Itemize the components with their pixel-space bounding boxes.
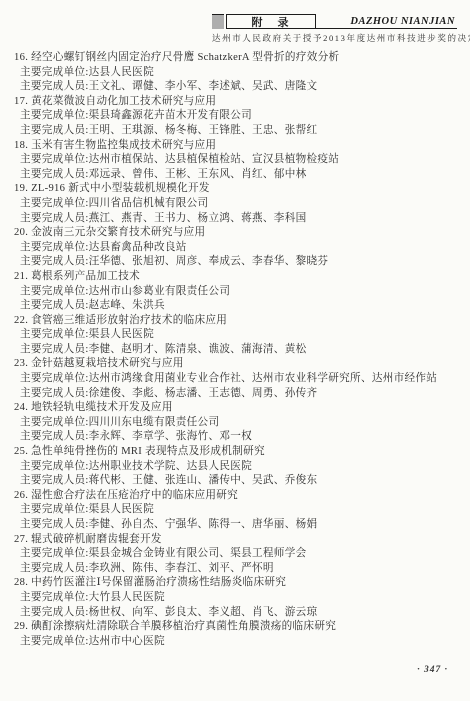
entry-units-label: 主要完成单位: (20, 154, 89, 165)
entry-title-value: 玉米有害生物监控集成技术研究与应用 (31, 140, 216, 151)
entry-people: 主要完成人员:李永辉、李章学、张海竹、邓一权 (14, 430, 460, 445)
entry-title-label: 20. (14, 227, 31, 238)
entry-title-value: 经空心螺钉钢丝内固定治疗尺骨鹰 SchatzkerA 型骨折的疗效分析 (31, 52, 339, 63)
entry-title-value: 碘酊涂擦病灶清除联合羊膜移植治疗真菌性角膜溃疡的临床研究 (31, 621, 336, 632)
entry-units-value: 达州市中心医院 (89, 636, 165, 647)
entry-title-label: 24. (14, 402, 31, 413)
award-entry: 24. 地铁轻轨电缆技术开发及应用主要完成单位:四川川东电缆有限责任公司主要完成… (14, 401, 460, 445)
entry-people-label: 主要完成人员: (20, 213, 89, 224)
entry-title-label: 17. (14, 96, 31, 107)
entry-people-value: 蒋代彬、王健、张连山、潘传中、吴武、乔俊东 (89, 475, 318, 486)
award-entry: 25. 急性单纯骨挫伤的 MRI 表现特点及形成机制研究主要完成单位:达州职业技… (14, 445, 460, 489)
entry-title: 24. 地铁轻轨电缆技术开发及应用 (14, 401, 460, 416)
section-label-box: 附 录 (226, 14, 316, 29)
entry-title-label: 19. (14, 183, 31, 194)
entry-title-label: 27. (14, 534, 31, 545)
entry-title-value: 辊式破碎机耐磨齿辊套开发 (31, 534, 162, 545)
entry-people-label: 主要完成人员: (20, 256, 89, 267)
entry-units: 主要完成单位:大竹县人民医院 (14, 591, 460, 606)
entry-units: 主要完成单位:达州市鸿缘食用菌业专业合作社、达州市农业科学研究所、达州市经作站 (14, 372, 460, 387)
entry-title-value: 中药竹医灌注Ⅰ号保留灌肠治疗溃疡性结肠炎临床研究 (31, 577, 286, 588)
award-entry: 28. 中药竹医灌注Ⅰ号保留灌肠治疗溃疡性结肠炎临床研究主要完成单位:大竹县人民… (14, 576, 460, 620)
entry-title-value: 金针菇越夏栽培技术研究与应用 (31, 358, 184, 369)
entry-title-label: 23. (14, 358, 31, 369)
entry-people-value: 燕江、燕青、王书力、杨立鸿、蒋燕、李科国 (89, 213, 307, 224)
entry-title-value: 地铁轻轨电缆技术开发及应用 (31, 402, 173, 413)
page-number: · 347 · (417, 665, 448, 675)
entry-title-value: 食管癌三维适形放射治疗技术的临床应用 (31, 315, 227, 326)
entry-people: 主要完成人员:李玖洲、陈伟、李春江、刘平、严怀明 (14, 562, 460, 577)
entry-units-label: 主要完成单位: (20, 373, 89, 384)
entry-units-value: 渠县人民医院 (89, 329, 154, 340)
entry-title-value: 急性单纯骨挫伤的 MRI 表现特点及形成机制研究 (31, 446, 265, 457)
entry-units-value: 达州市山参葛业有限责任公司 (89, 286, 231, 297)
entry-people: 主要完成人员:杨世权、向军、彭良太、李义超、肖飞、游云琼 (14, 606, 460, 621)
entry-title: 16. 经空心螺钉钢丝内固定治疗尺骨鹰 SchatzkerA 型骨折的疗效分析 (14, 51, 460, 66)
entry-units-label: 主要完成单位: (20, 548, 89, 559)
entry-people-value: 王文礼、谭健、李小军、李述斌、吴武、唐隆文 (89, 81, 318, 92)
yearbook-page: 附 录 DAZHOU NIANJIAN 达州市人民政府关于授予2013年度达州市… (0, 0, 470, 701)
entry-title: 22. 食管癌三维适形放射治疗技术的临床应用 (14, 314, 460, 329)
entry-units: 主要完成单位:达州市山参葛业有限责任公司 (14, 285, 460, 300)
entry-people-label: 主要完成人员: (20, 344, 89, 355)
entry-units-value: 渠县琦鑫源花卉苗木开发有限公司 (89, 110, 252, 121)
award-entry: 29. 碘酊涂擦病灶清除联合羊膜移植治疗真菌性角膜溃疡的临床研究主要完成单位:达… (14, 620, 460, 649)
entry-units: 主要完成单位:渠县人民医院 (14, 503, 460, 518)
award-list: 16. 经空心螺钉钢丝内固定治疗尺骨鹰 SchatzkerA 型骨折的疗效分析主… (14, 51, 460, 649)
entry-title-label: 22. (14, 315, 31, 326)
entry-units-label: 主要完成单位: (20, 198, 89, 209)
entry-units: 主要完成单位:达州职业技术学院、达县人民医院 (14, 460, 460, 475)
entry-title-label: 26. (14, 490, 31, 501)
entry-people-value: 汪华德、张旭初、周彦、奉成云、李春华、黎晓芬 (89, 256, 329, 267)
entry-units-label: 主要完成单位: (20, 110, 89, 121)
entry-people-value: 徐建俊、李彪、杨志潘、王志德、周勇、孙传齐 (89, 388, 318, 399)
entry-people: 主要完成人员:邓远录、曾伟、王彬、王东风、肖红、郁中林 (14, 168, 460, 183)
entry-title: 17. 黄花菜微波自动化加工技术研究与应用 (14, 95, 460, 110)
award-entry: 17. 黄花菜微波自动化加工技术研究与应用主要完成单位:渠县琦鑫源花卉苗木开发有… (14, 95, 460, 139)
entry-title-value: 金波南三元杂交繁育技术研究与应用 (31, 227, 205, 238)
entry-units-label: 主要完成单位: (20, 67, 89, 78)
entry-people: 主要完成人员:李健、孙自杰、宁强华、陈得一、唐华丽、杨娟 (14, 518, 460, 533)
entry-units-value: 达县畜禽品种改良站 (89, 242, 187, 253)
entry-units-label: 主要完成单位: (20, 592, 89, 603)
entry-title: 27. 辊式破碎机耐磨齿辊套开发 (14, 533, 460, 548)
entry-units-label: 主要完成单位: (20, 242, 89, 253)
entry-title: 23. 金针菇越夏栽培技术研究与应用 (14, 357, 460, 372)
award-entry: 20. 金波南三元杂交繁育技术研究与应用主要完成单位:达县畜禽品种改良站主要完成… (14, 226, 460, 270)
entry-title: 18. 玉米有害生物监控集成技术研究与应用 (14, 139, 460, 154)
entry-title: 29. 碘酊涂擦病灶清除联合羊膜移植治疗真菌性角膜溃疡的临床研究 (14, 620, 460, 635)
entry-title: 21. 葛根系列产品加工技术 (14, 270, 460, 285)
entry-people-label: 主要完成人员: (20, 81, 89, 92)
entry-people-value: 赵志峰、朱洪兵 (89, 300, 165, 311)
entry-people-value: 邓远录、曾伟、王彬、王东风、肖红、郁中林 (89, 169, 307, 180)
entry-people-label: 主要完成人员: (20, 475, 89, 486)
entry-units-value: 渠县金城合金铸业有限公司、渠县工程师学会 (89, 548, 307, 559)
entry-people-value: 李玖洲、陈伟、李春江、刘平、严怀明 (89, 563, 274, 574)
entry-people-label: 主要完成人员: (20, 431, 89, 442)
entry-units: 主要完成单位:四川省品信机械有限公司 (14, 197, 460, 212)
entry-units-label: 主要完成单位: (20, 504, 89, 515)
entry-units: 主要完成单位:达州市植保站、达县植保植检站、宣汉县植物检疫站 (14, 153, 460, 168)
journal-title: DAZHOU NIANJIAN (350, 16, 455, 27)
entry-title-value: 葛根系列产品加工技术 (31, 271, 140, 282)
entry-units: 主要完成单位:达州市中心医院 (14, 635, 460, 650)
entry-units-value: 四川川东电缆有限责任公司 (89, 417, 220, 428)
entry-title-label: 25. (14, 446, 31, 457)
entry-title: 28. 中药竹医灌注Ⅰ号保留灌肠治疗溃疡性结肠炎临床研究 (14, 576, 460, 591)
award-entry: 22. 食管癌三维适形放射治疗技术的临床应用主要完成单位:渠县人民医院主要完成人… (14, 314, 460, 358)
entry-people-label: 主要完成人员: (20, 519, 89, 530)
entry-title-value: ZL-916 新式中小型装载机规模化开发 (31, 183, 210, 194)
entry-people: 主要完成人员:燕江、燕青、王书力、杨立鸿、蒋燕、李科国 (14, 212, 460, 227)
entry-people: 主要完成人员:徐建俊、李彪、杨志潘、王志德、周勇、孙传齐 (14, 387, 460, 402)
header-rule-row: 附 录 DAZHOU NIANJIAN (212, 14, 457, 29)
entry-title-label: 28. (14, 577, 31, 588)
award-entry: 19. ZL-916 新式中小型装载机规模化开发主要完成单位:四川省品信机械有限… (14, 182, 460, 226)
entry-units-value: 四川省品信机械有限公司 (89, 198, 209, 209)
page-header: 附 录 DAZHOU NIANJIAN 达州市人民政府关于授予2013年度达州市… (212, 14, 457, 44)
entry-units-label: 主要完成单位: (20, 286, 89, 297)
entry-units-label: 主要完成单位: (20, 636, 89, 647)
entry-units: 主要完成单位:渠县人民医院 (14, 328, 460, 343)
entry-people-label: 主要完成人员: (20, 300, 89, 311)
entry-units: 主要完成单位:渠县金城合金铸业有限公司、渠县工程师学会 (14, 547, 460, 562)
award-entry: 21. 葛根系列产品加工技术主要完成单位:达州市山参葛业有限责任公司主要完成人员… (14, 270, 460, 314)
entry-units-value: 达县人民医院 (89, 67, 154, 78)
section-label: 附 录 (252, 14, 291, 30)
entry-people: 主要完成人员:汪华德、张旭初、周彦、奉成云、李春华、黎晓芬 (14, 255, 460, 270)
entry-units: 主要完成单位:达县人民医院 (14, 66, 460, 81)
entry-people-value: 杨世权、向军、彭良太、李义超、肖飞、游云琼 (89, 607, 318, 618)
entry-title: 19. ZL-916 新式中小型装载机规模化开发 (14, 182, 460, 197)
entry-units-value: 达州职业技术学院、达县人民医院 (89, 461, 252, 472)
award-entry: 18. 玉米有害生物监控集成技术研究与应用主要完成单位:达州市植保站、达县植保植… (14, 139, 460, 183)
award-entry: 26. 湿性愈合疗法在压疮治疗中的临床应用研究主要完成单位:渠县人民医院主要完成… (14, 489, 460, 533)
entry-title-label: 29. (14, 621, 31, 632)
entry-units-label: 主要完成单位: (20, 329, 89, 340)
entry-title-label: 16. (14, 52, 31, 63)
entry-people: 主要完成人员:王文礼、谭健、李小军、李述斌、吴武、唐隆文 (14, 80, 460, 95)
entry-title-value: 湿性愈合疗法在压疮治疗中的临床应用研究 (31, 490, 238, 501)
entry-units-value: 大竹县人民医院 (89, 592, 165, 603)
award-entry: 16. 经空心螺钉钢丝内固定治疗尺骨鹰 SchatzkerA 型骨折的疗效分析主… (14, 51, 460, 95)
entry-units-label: 主要完成单位: (20, 461, 89, 472)
entry-people-label: 主要完成人员: (20, 563, 89, 574)
entry-people-label: 主要完成人员: (20, 607, 89, 618)
entry-title-label: 18. (14, 140, 31, 151)
entry-units-value: 达州市鸿缘食用菌业专业合作社、达州市农业科学研究所、达州市经作站 (89, 373, 438, 384)
entry-people-value: 李永辉、李章学、张海竹、邓一权 (89, 431, 252, 442)
section-marker-square (212, 14, 224, 29)
entry-people: 主要完成人员:李健、赵明才、陈清泉、谯波、蒲海清、黄松 (14, 343, 460, 358)
award-entry: 23. 金针菇越夏栽培技术研究与应用主要完成单位:达州市鸿缘食用菌业专业合作社、… (14, 357, 460, 401)
entry-units-label: 主要完成单位: (20, 417, 89, 428)
entry-people-value: 李健、孙自杰、宁强华、陈得一、唐华丽、杨娟 (89, 519, 318, 530)
entry-title: 26. 湿性愈合疗法在压疮治疗中的临床应用研究 (14, 489, 460, 504)
entry-units: 主要完成单位:四川川东电缆有限责任公司 (14, 416, 460, 431)
entry-people-value: 李健、赵明才、陈清泉、谯波、蒲海清、黄松 (89, 344, 307, 355)
entry-title-label: 21. (14, 271, 31, 282)
chapter-subtitle: 达州市人民政府关于授予2013年度达州市科技进步奖的决定 (212, 32, 457, 44)
entry-people: 主要完成人员:赵志峰、朱洪兵 (14, 299, 460, 314)
entry-title: 25. 急性单纯骨挫伤的 MRI 表现特点及形成机制研究 (14, 445, 460, 460)
entry-title-value: 黄花菜微波自动化加工技术研究与应用 (31, 96, 216, 107)
award-entry: 27. 辊式破碎机耐磨齿辊套开发主要完成单位:渠县金城合金铸业有限公司、渠县工程… (14, 533, 460, 577)
entry-people-value: 王明、王琪源、杨冬梅、王锋胜、王忠、张帮红 (89, 125, 318, 136)
entry-people: 主要完成人员:王明、王琪源、杨冬梅、王锋胜、王忠、张帮红 (14, 124, 460, 139)
entry-people: 主要完成人员:蒋代彬、王健、张连山、潘传中、吴武、乔俊东 (14, 474, 460, 489)
entry-people-label: 主要完成人员: (20, 388, 89, 399)
entry-units-value: 渠县人民医院 (89, 504, 154, 515)
entry-people-label: 主要完成人员: (20, 125, 89, 136)
journal-title-rule: DAZHOU NIANJIAN (316, 14, 457, 29)
entry-title: 20. 金波南三元杂交繁育技术研究与应用 (14, 226, 460, 241)
entry-people-label: 主要完成人员: (20, 169, 89, 180)
entry-units-value: 达州市植保站、达县植保植检站、宣汉县植物检疫站 (89, 154, 340, 165)
entry-units: 主要完成单位:达县畜禽品种改良站 (14, 241, 460, 256)
entry-units: 主要完成单位:渠县琦鑫源花卉苗木开发有限公司 (14, 109, 460, 124)
